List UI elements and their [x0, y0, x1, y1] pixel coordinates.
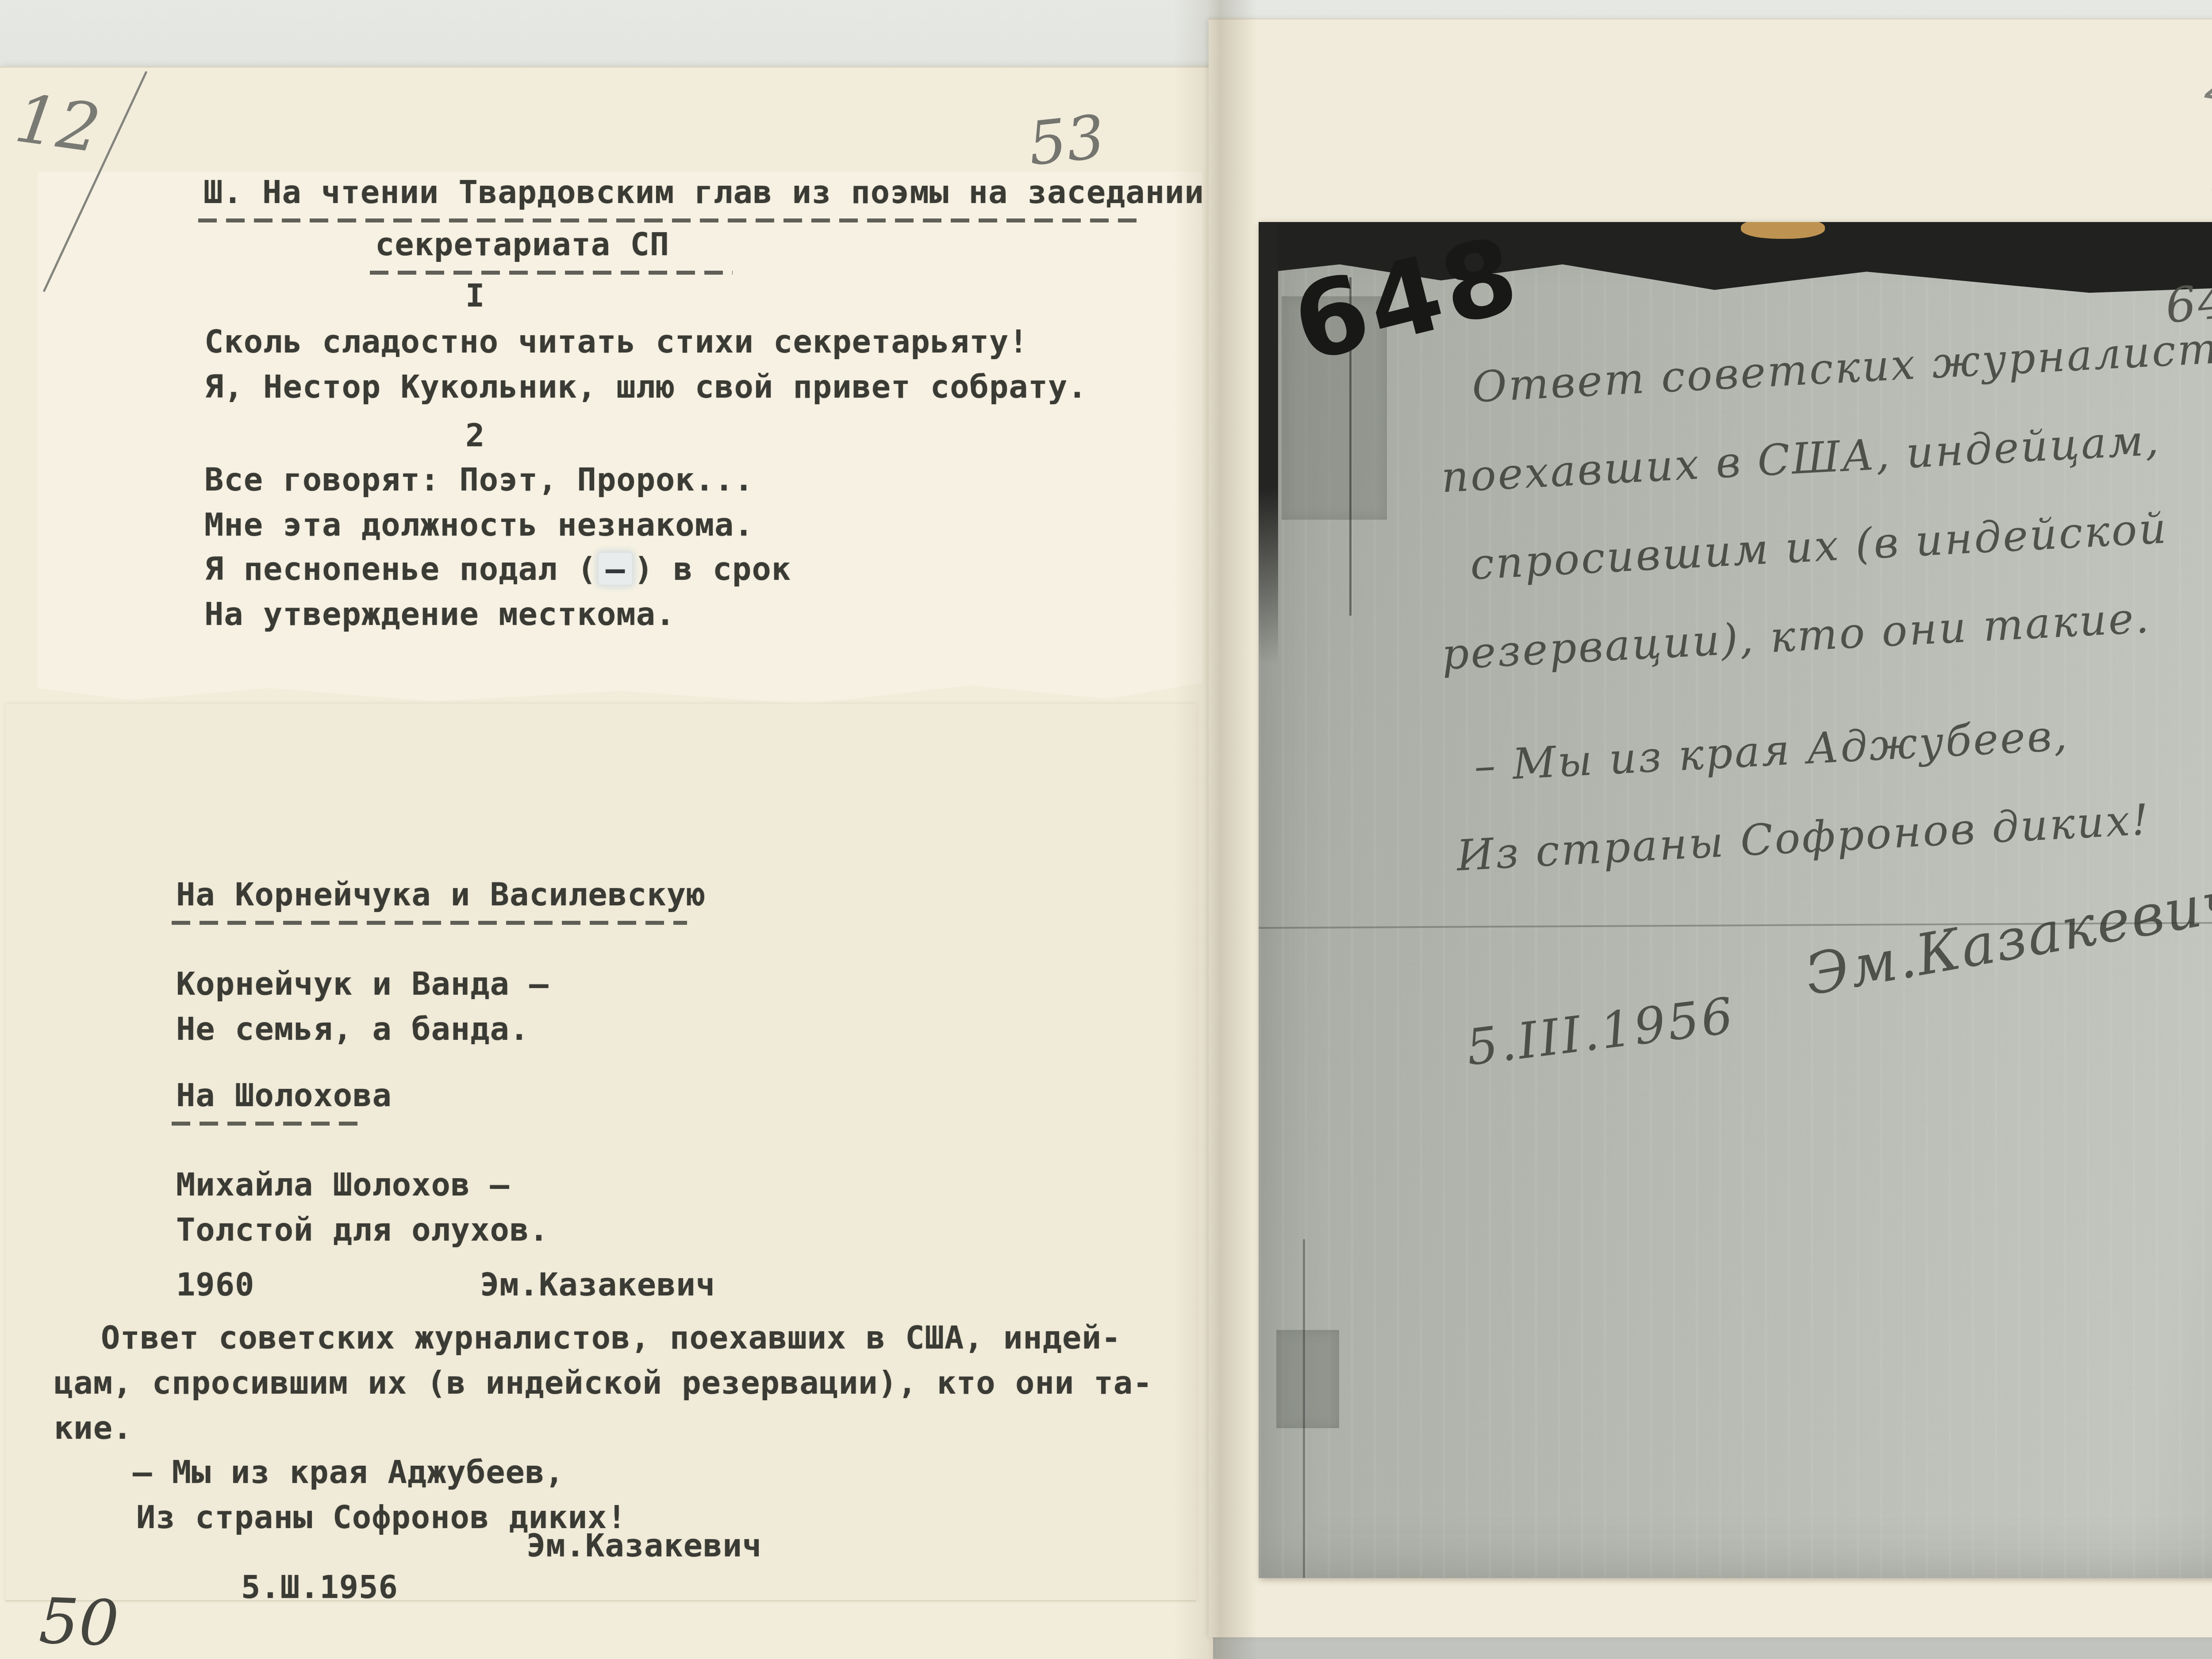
left-corner-page-number: 12 [11, 85, 104, 162]
adhesive-stain [1741, 222, 1825, 239]
author-name-typed: Эм.Казакевич [480, 1268, 715, 1300]
poem-title-line2: секретариата СП [375, 228, 669, 260]
stanza1-line1: Сколь сладостно читать стихи секретарьят… [204, 326, 1029, 357]
handwriting-line6: Из страны Софронов диких! [1455, 790, 2212, 877]
stanza2-line3-post: ) в срок [634, 550, 791, 587]
photo-pencil-number: 648 [2164, 275, 2212, 331]
reply-intro-line2: цам, спросившим их (в индейской резервац… [54, 1367, 1152, 1398]
stanza2-line4: На утверждение месткома. [204, 598, 675, 630]
stanza2-label: 2 [465, 419, 485, 451]
stanza2-line3-pre: Я песнопенье подал ( [204, 550, 597, 587]
epigram1-heading: На Корнейчука и Василевскую [176, 878, 706, 910]
stanza2-line2: Мне эта должность незнакома. [204, 509, 754, 540]
epigram1-underline [172, 921, 687, 925]
stanza1-line2: Я, Нестор Кукольник, шлю свой привет соб… [204, 371, 1087, 402]
stanza1-label: I [465, 280, 485, 311]
reply-verse-line1: – Мы из края Аджубеев, [133, 1456, 565, 1488]
epigram1-line1: Корнейчук и Ванда – [176, 968, 549, 1000]
reply-intro-line1: Ответ советских журналистов, поехавших в… [101, 1322, 1121, 1353]
epigram2-heading: На Шолохова [176, 1079, 392, 1111]
archive-sheet-number: 50 [38, 1590, 120, 1655]
epigram2-line1: Михайла Шолохов – [176, 1169, 510, 1200]
photo-of-handwritten-note: 648 648 Ответ советских журналистов, пое… [1259, 222, 2212, 1578]
scanned-archive-spread: 12 53 Ш. На чтении Твардовским глав из п… [0, 0, 2212, 1659]
handwriting-line3: спросившим их (в индейской [1469, 500, 2212, 586]
tape-patch-bottom-left [1276, 1330, 1339, 1428]
title-underline [198, 218, 1145, 222]
reply-date-typed: 5.Ш.1956 [241, 1571, 398, 1603]
whiteout-correction-patch: — [599, 553, 632, 585]
photo-dark-left-edge [1259, 222, 1278, 664]
title-underline2 [370, 271, 733, 275]
epigram2-underline [172, 1122, 362, 1126]
handwriting-line4: резервации), кто они такие. [1440, 588, 2212, 676]
reply-author-typed: Эм.Казакевич [526, 1529, 762, 1561]
poem-title-line1: Ш. На чтении Твардовским глав из поэмы н… [204, 176, 1204, 208]
epigram1-line2: Не семья, а банда. [176, 1013, 529, 1045]
handwriting-line5: – Мы из края Аджубеев, [1473, 701, 2212, 788]
handwritten-note-text: Ответ советских журналистов, поехавших в… [1436, 323, 2212, 923]
handwriting-line2: поехавших в США, индейцам, [1440, 412, 2212, 499]
left-page-number: 53 [1025, 107, 1107, 174]
photo-crease-vertical-bottom [1303, 1239, 1305, 1578]
stanza2-line1: Все говорят: Поэт, Пророк... [204, 464, 754, 495]
epigram2-line2: Толстой для олухов. [176, 1214, 549, 1245]
year-label: 1960 [176, 1268, 254, 1300]
reply-intro-line3: кие. [54, 1412, 132, 1444]
stanza2-line3: Я песнопенье подал (—) в срок [204, 553, 791, 585]
